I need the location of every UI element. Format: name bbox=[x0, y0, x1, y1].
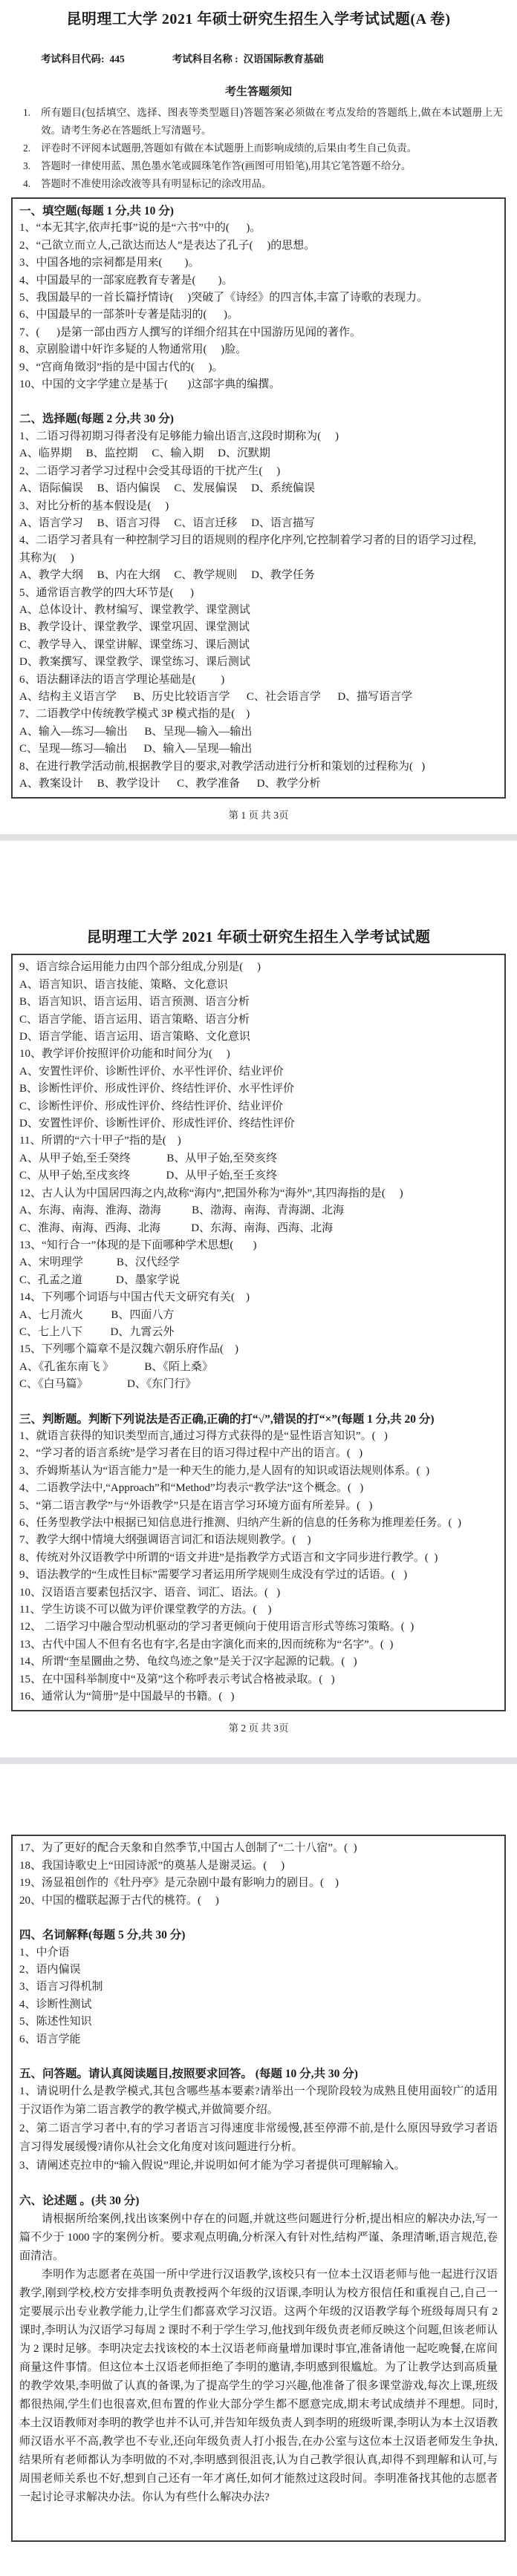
paragraph: 1、请说明什么是教学模式,其包含哪些基本要素?请举出一个现阶段较为成熟且使用面较… bbox=[19, 2082, 498, 2120]
notice-text: 答题时不准使用涂改液等具有明显标记的涂改用品。 bbox=[41, 175, 506, 193]
question-line: D、教案撰写、课堂教学、课堂练习、课后测试 bbox=[19, 654, 498, 671]
question-line: 3、语言习得机制 bbox=[19, 1979, 498, 1996]
question-line: A、宋明理学 B、汉代经学 bbox=[19, 1254, 498, 1271]
question-line: 4、诊断性测试 bbox=[19, 1996, 498, 2013]
question-line: 其称为( ) bbox=[19, 550, 498, 567]
question-line: 5、我国最早的一首长篇抒情诗( )突破了《诗经》的四言体,丰富了诗歌的表现力。 bbox=[19, 289, 498, 307]
page2-footer: 第 2 页 共 3页 bbox=[11, 1722, 506, 1735]
question-line: 12、古人认为中国居四海之内,故称“海内”,把国外称为“海外”,其四海指的是( … bbox=[19, 1185, 498, 1202]
page-separator-2 bbox=[0, 1757, 517, 1764]
question-line: A、临界期 B、监控期 C、输入期 D、沉默期 bbox=[19, 445, 498, 462]
notice-title: 考生答题须知 bbox=[11, 85, 506, 100]
question-line: 10、教学评价按照评价功能和时间分为( ) bbox=[19, 1046, 498, 1063]
question-line: A、七月流火 B、四面八方 bbox=[19, 1307, 498, 1324]
question-line: 10、汉语语言要素包括汉字、语音、词汇、语法。( ) bbox=[19, 1584, 498, 1602]
notice-text: 所有题目(包括填空、选择、图表等类型题目)答题答案必须做在考点发给的答题纸上,做… bbox=[41, 104, 506, 140]
question-line: 19、汤显祖创作的《牡丹亭》是元杂剧中最有影响力的剧目。( ) bbox=[19, 1875, 498, 1892]
question-line: 12、 二语学习中融合型动机驱动的学习者更倾向于使用语言形式等练习策略。( ) bbox=[19, 1619, 498, 1636]
question-line: A、安置性评价、诊断性评价、水平性评价、结业评价 bbox=[19, 1063, 498, 1081]
question-line: C、呈现—练习—输出 D、输入—呈现—输出 bbox=[19, 741, 498, 758]
question-line: 16、通常认为“简册”是中国最早的书籍。( ) bbox=[19, 1688, 498, 1705]
page-2: 昆明理工大学 2021 年硕士研究生招生入学考试试题 9、语言综合运用能力由四个… bbox=[0, 927, 517, 1735]
subject-name-label: 考试科目名称 : bbox=[172, 52, 238, 67]
question-line: 8、传统对外汉语教学中所谓的“语文并进”是指教学方式语言和文字同步进行教学。( … bbox=[19, 1550, 498, 1567]
page-3: 17、为了更好的配合天象和自然季节,中国古人创制了“二十八宿”。( )18、我国… bbox=[0, 1835, 517, 2541]
question-line: 6、中国最早的一部茶叶专著是陆羽的( )。 bbox=[19, 307, 498, 324]
question-line: 14、下列哪个词语与中国古代天文研究有关( ) bbox=[19, 1289, 498, 1306]
question-line: 3、对比分析的基本假设是( ) bbox=[19, 498, 498, 515]
question-line: 9、语法教学的“生成性目标”需要学习者运用所学规则生成没有学过的话语。( ) bbox=[19, 1567, 498, 1584]
exam-document: { "page1": { "title": "昆明理工大学 2021 年硕士研究… bbox=[0, 0, 517, 2542]
notice-item: 4.答题时不准使用涂改液等具有明显标记的涂改用品。 bbox=[11, 175, 506, 193]
page1-title: 昆明理工大学 2021 年硕士研究生招生入学考试试题(A 卷) bbox=[11, 9, 506, 30]
question-line: 14、所谓“奎星圜曲之势、龟纹鸟迹之象”是关于汉字起源的记载。( ) bbox=[19, 1654, 498, 1671]
notice-number: 3. bbox=[23, 157, 41, 175]
question-line: B、诊断性评价、形成性评价、终结性评价、水平性评价 bbox=[19, 1081, 498, 1098]
question-line: B、教学设计、课堂教学、课堂巩固、课堂测试 bbox=[19, 619, 498, 636]
question-line: 11、所谓的“六十甲子”指的是( ) bbox=[19, 1133, 498, 1150]
page1-footer: 第 1 页 共 3页 bbox=[11, 809, 506, 822]
question-line: 4、二语教学法中,“Approach”和“Method”均表示“教学法”这个概念… bbox=[19, 1480, 498, 1497]
subject-name-value: 汉语国际教育基础 bbox=[244, 52, 324, 67]
question-line: 15、在中国科举制度中“及第”这个称呼表示考试合格被录取。( ) bbox=[19, 1671, 498, 1688]
question-line: C、淮海、南海、西海、北海 D、东海、南海、西海、北海 bbox=[19, 1220, 498, 1237]
question-line: 8、京剧脸谱中奸诈多疑的人物通常用( )脸。 bbox=[19, 341, 498, 358]
question-line: A、语言学习 B、语言习得 C、语言迁移 D、语言描写 bbox=[19, 515, 498, 532]
question-line: A、东海、南海、淮海、渤海 B、渤海、南海、青海湖、北海 bbox=[19, 1202, 498, 1219]
notice-item: 1.所有题目(包括填空、选择、图表等类型题目)答题答案必须做在考点发给的答题纸上… bbox=[11, 104, 506, 140]
page1-question-box: 一、填空题(每题 1 分,共 10 分)1、“本无其字,依声托事”说的是“六书”… bbox=[11, 197, 506, 799]
question-line: 17、为了更好的配合天象和自然季节,中国古人创制了“二十八宿”。( ) bbox=[19, 1840, 498, 1857]
question-line: 9、语言综合运用能力由四个部分组成,分别是( ) bbox=[19, 959, 498, 976]
subject-code-value: 445 bbox=[110, 52, 125, 67]
question-line: 2、“己欲立而立人,己欲达而达人”是表达了孔子( )的思想。 bbox=[19, 237, 498, 255]
paragraph: 请根据所给案例,找出该案例中存在的问题,并就这些问题进行分析,提出相应的解决办法… bbox=[19, 2210, 498, 2266]
paragraph: 2、第二语言学习者中,有的学习者语言习得速度非常缓慢,甚至停滞不前,是什么原因导… bbox=[19, 2120, 498, 2157]
page-1: 昆明理工大学 2021 年硕士研究生招生入学考试试题(A 卷) 考试科目代码: … bbox=[0, 0, 517, 822]
question-line: A、结构主义语言学 B、历史比较语言学 C、社会语言学 D、描写语言学 bbox=[19, 689, 498, 706]
notice-text: 评卷时不评阅本试题册,答题如有做在本试题册上而影响成绩的,后果由考生自己负责。 bbox=[41, 140, 506, 157]
question-line: 10、中国的文字学建立是基于( )这部字典的编撰。 bbox=[19, 376, 498, 393]
question-line: 11、学生访谈不可以做为评价课堂教学的方法。( ) bbox=[19, 1602, 498, 1619]
notice-item: 2.评卷时不评阅本试题册,答题如有做在本试题册上而影响成绩的,后果由考生自己负责… bbox=[11, 140, 506, 157]
paragraph: 3、请阐述克拉申的“输入假说”理论,并说明如何才能为学习者提供可理解输入。 bbox=[19, 2157, 498, 2175]
question-line: 1、中介语 bbox=[19, 1944, 498, 1962]
question-line: C、孔孟之道 D、墨家学说 bbox=[19, 1272, 498, 1289]
question-line: A、语际偏误 B、语内偏误 C、发展偏误 D、系统偏误 bbox=[19, 480, 498, 497]
notice-number: 4. bbox=[23, 175, 41, 193]
question-line: 5、“第二语言教学”与“外语教学”只是在语言学习环境方面有所差异。( ) bbox=[19, 1498, 498, 1515]
question-line: A、总体设计、教材编写、课堂教学、课堂测试 bbox=[19, 602, 498, 619]
question-line: 13、古代中国人不但有名也有字,名是由字演化而来的,因而统称为“名字”。( ) bbox=[19, 1636, 498, 1654]
question-line: 7、教学大纲中情境大纲强调语言词汇和语法规则教学。( ) bbox=[19, 1532, 498, 1549]
question-line: B、语言知识、语言运用、语言预测、语言分析 bbox=[19, 994, 498, 1011]
question-line bbox=[19, 2048, 498, 2065]
question-line: 4、二语学习者具有一种控制学习目的语规则的程序化序列,它控制着学习者的目的语学习… bbox=[19, 532, 498, 549]
question-line: 4、中国最早的一部家庭教育专著是( )。 bbox=[19, 272, 498, 289]
question-line: C、《白马篇》 D、《东门行》 bbox=[19, 1376, 498, 1393]
question-line: 9、“宫商角徵羽”指的是中国古代的( )。 bbox=[19, 359, 498, 376]
section-heading: 五、问答题。请认真阅读题目,按照要求回答。 (每题 10 分,共 30 分) bbox=[19, 2065, 498, 2082]
question-line: 1、二语习得初期习得者没有足够能力输出语言,这段时期称为( ) bbox=[19, 428, 498, 445]
question-line: C、诊断性评价、形成性评价、终结性评价、结业评价 bbox=[19, 1098, 498, 1115]
page3-question-box: 17、为了更好的配合天象和自然季节,中国古人创制了“二十八宿”。( )18、我国… bbox=[11, 1835, 506, 2541]
question-line: D、安置性评价、诊断性评价、形成性评价、终结性评价 bbox=[19, 1115, 498, 1133]
question-line: 15、下列哪个篇章不是汉魏六朝乐府作品( ) bbox=[19, 1341, 498, 1358]
question-line: A、教案设计 B、教学设计 C、教学准备 D、教学分析 bbox=[19, 776, 498, 793]
question-line: 1、“本无其字,依声托事”说的是“六书”中的( )。 bbox=[19, 220, 498, 237]
notice-number: 1. bbox=[23, 104, 41, 140]
section-heading: 一、填空题(每题 1 分,共 10 分) bbox=[19, 203, 498, 220]
question-line: A、教学大纲 B、内在大纲 C、教学规则 D、教学任务 bbox=[19, 567, 498, 584]
section-heading: 三、判断题。判断下列说法是否正确,正确的打“√”,错误的打“×”(每题 1 分,… bbox=[19, 1411, 498, 1428]
section-heading: 六、论述题 。(共 30 分) bbox=[19, 2192, 498, 2209]
question-line: 8、在进行教学活动前,根据教学目的要求,对教学活动进行分析和策划的过程称为( ) bbox=[19, 758, 498, 776]
question-line: A、语言知识、语言技能、策略、文化意识 bbox=[19, 977, 498, 994]
question-line: 13、“知行合一”体现的是下面哪种学术思想( ) bbox=[19, 1237, 498, 1254]
question-line: 3、中国各地的宗祠都是用来( )。 bbox=[19, 255, 498, 272]
page-separator bbox=[0, 834, 517, 841]
question-line: 5、通常语言教学的四大环节是( ) bbox=[19, 585, 498, 602]
question-line: 7、二语教学中传统教学模式 3P 模式指的是( ) bbox=[19, 706, 498, 723]
question-line: 2、语内偏误 bbox=[19, 1962, 498, 1979]
question-line: C、教学导入、课堂讲解、课堂练习、课后测试 bbox=[19, 637, 498, 654]
question-line: A、输入—练习—输出 B、呈现—输入—输出 bbox=[19, 724, 498, 741]
question-line: C、七上八下 D、九霄云外 bbox=[19, 1324, 498, 1341]
question-line: 6、语言学能 bbox=[19, 2031, 498, 2048]
question-line: 7、( )是第一部由西方人撰写的详细介绍其在中国游历见闻的著作。 bbox=[19, 324, 498, 341]
question-line bbox=[19, 1394, 498, 1411]
question-line: A、从甲子始,至壬癸终 B、从甲子始,至癸亥终 bbox=[19, 1150, 498, 1167]
question-line bbox=[19, 1910, 498, 1927]
subject-row: 考试科目代码: 445 考试科目名称 : 汉语国际教育基础 bbox=[11, 52, 506, 67]
section-heading: 二、选择题(每题 2 分,共 30 分) bbox=[19, 410, 498, 427]
question-line: 20、中国的楹联起源于古代的桃符。( ) bbox=[19, 1892, 498, 1910]
question-line: 2、“学习者的语言系统”是学习者在目的语习得过程中产出的语言。( ) bbox=[19, 1445, 498, 1462]
question-line: C、从甲子始,至戌亥终 D、从甲子始,至壬亥终 bbox=[19, 1167, 498, 1184]
paragraph: 李明作为志愿者在英国一所中学进行汉语教学,该校只有一位本土汉语老师与他一起进行汉… bbox=[19, 2266, 498, 2507]
question-line bbox=[19, 2175, 498, 2192]
section-heading: 四、名词解释(每题 5 分,共 30 分) bbox=[19, 1927, 498, 1944]
question-line bbox=[19, 393, 498, 410]
question-line: 6、语法翻译法的语言学理论基础是( ) bbox=[19, 672, 498, 689]
notice-number: 2. bbox=[23, 140, 41, 157]
page2-question-box: 9、语言综合运用能力由四个部分组成,分别是( )A、语言知识、语言技能、策略、文… bbox=[11, 954, 506, 1711]
question-line: 1、就语言获得的知识类型而言,通过习得方式获得的是“显性语言知识”。( ) bbox=[19, 1428, 498, 1445]
question-line: 5、陈述性知识 bbox=[19, 2013, 498, 2031]
question-line: C、语言学能、语言运用、语言策略、语言分析 bbox=[19, 1012, 498, 1029]
subject-code-label: 考试科目代码: bbox=[41, 52, 105, 67]
question-line: 6、任务型教学法中根据已知信息进行推测、归纳产生新的信息的任务称为推理差任务。(… bbox=[19, 1515, 498, 1532]
question-line: A、《孔雀东南飞 》 B、《陌上桑》 bbox=[19, 1359, 498, 1376]
question-line: 2、二语学习者学习过程中会受其母语的干扰产生( ) bbox=[19, 463, 498, 480]
notice-text: 答题时一律使用蓝、黑色墨水笔或圆珠笔作答(画图可用铅笔),用其它笔答题不给分。 bbox=[41, 157, 506, 175]
question-line: D、语言学能、语言运用、语言策略、文化意识 bbox=[19, 1029, 498, 1046]
question-line: 18、我国诗歌史上“田园诗派”的奠基人是谢灵运。( ) bbox=[19, 1858, 498, 1875]
question-line: 3、乔姆斯基认为“语言能力”是一种天生的能力,是人固有的知识或语法规则体系。( … bbox=[19, 1463, 498, 1480]
page2-title: 昆明理工大学 2021 年硕士研究生招生入学考试试题 bbox=[11, 927, 506, 948]
notice-item: 3.答题时一律使用蓝、黑色墨水笔或圆珠笔作答(画图可用铅笔),用其它笔答题不给分… bbox=[11, 157, 506, 175]
notice-list: 1.所有题目(包括填空、选择、图表等类型题目)答题答案必须做在考点发给的答题纸上… bbox=[11, 104, 506, 193]
